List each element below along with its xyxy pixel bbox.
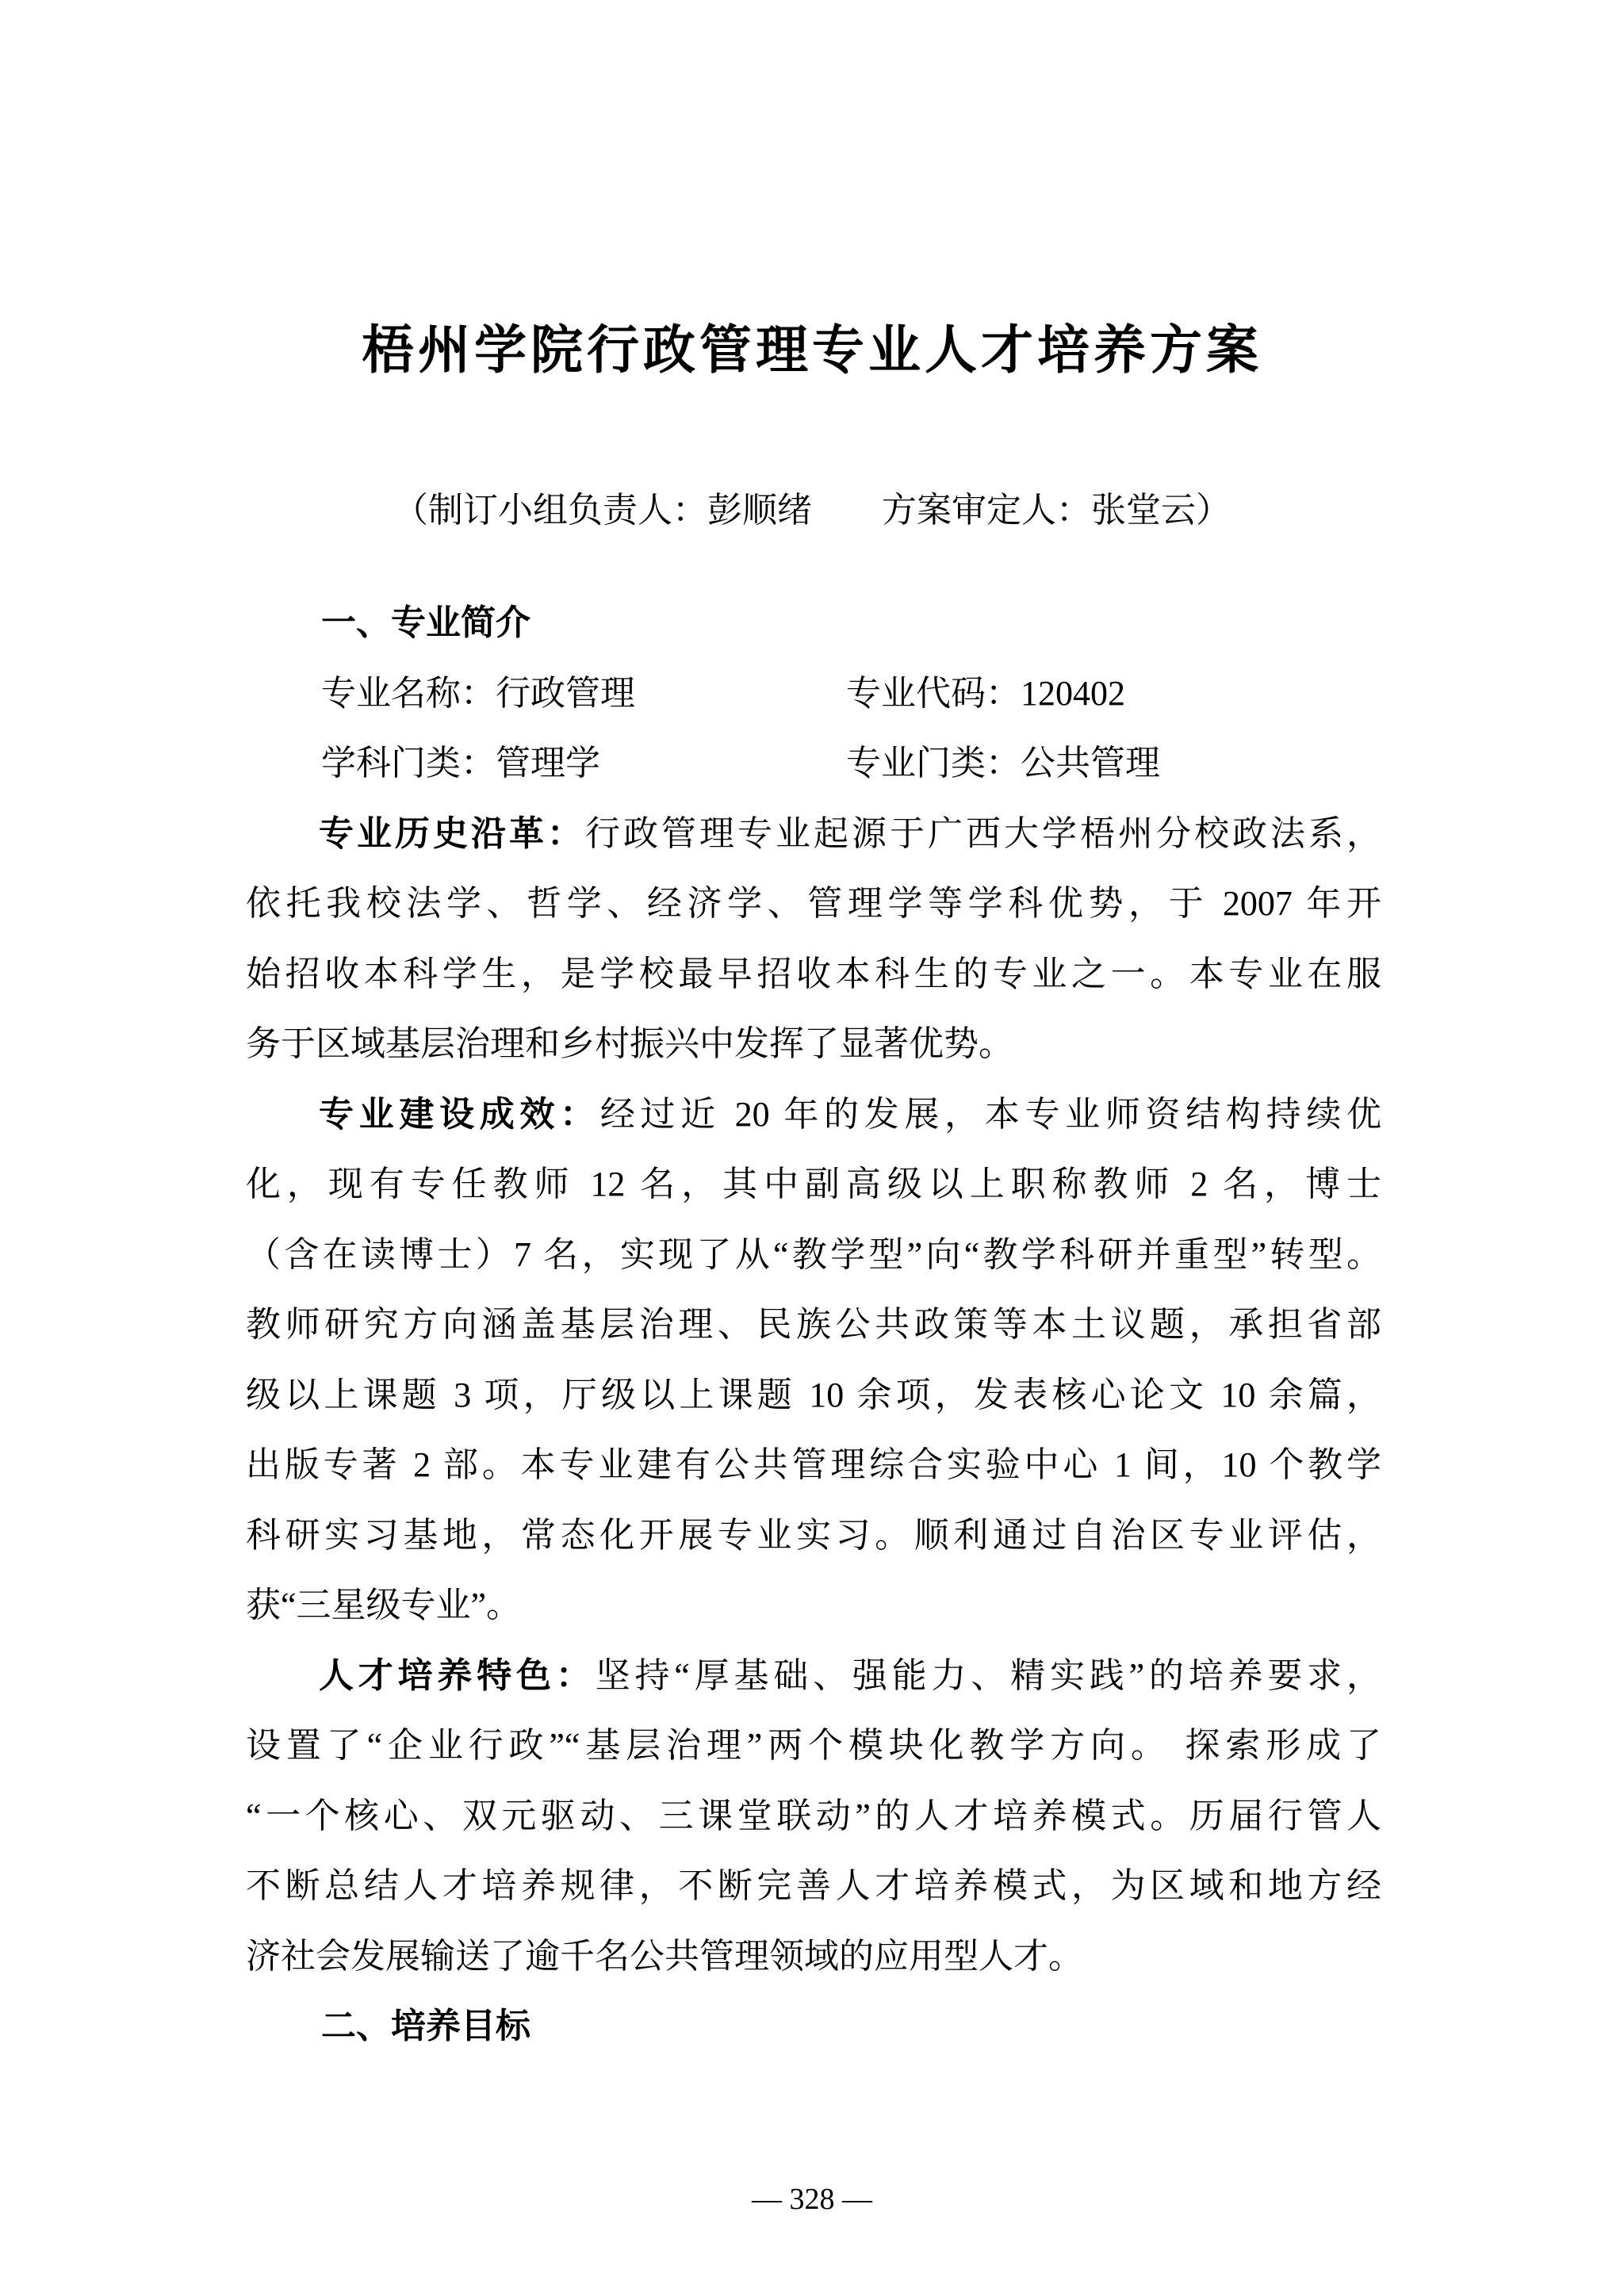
paragraph-label: 专业建设成效：: [319, 1094, 600, 1135]
paragraph-label: 专业历史沿革：: [319, 813, 585, 854]
paragraph-line: 科研实习基地，常态化开展专业实习。顺利通过自治区专业评估，: [246, 1501, 1381, 1571]
paragraph-label: 人才培养特色：: [319, 1655, 596, 1696]
paragraph-line: 专业建设成效：经过近 20 年的发展，本专业师资结构持续优: [246, 1080, 1381, 1150]
section-heading-2: 二、培养目标: [246, 1992, 1381, 2062]
paragraph-text: 获“三星级专业”。: [246, 1586, 521, 1624]
section-heading-1: 一、专业简介: [246, 588, 1381, 659]
byline: （制订小组负责人：彭顺绪 方案审定人：张堂云）: [0, 492, 1624, 530]
paragraph-text: 级以上课题 3 项，厅级以上课题 10 余项，发表核心论文 10 余篇，: [246, 1376, 1381, 1414]
paragraph-line: 化，现有专任教师 12 名，其中副高级以上职称教师 2 名，博士: [246, 1150, 1381, 1220]
info-major-name: 专业名称：行政管理: [321, 659, 846, 729]
paragraph-line: 始招收本科学生，是学校最早招收本科生的专业之一。本专业在服: [246, 939, 1381, 1010]
paragraph-line: （含在读博士）7 名，实现了从“教学型”向“教学科研并重型”转型。: [246, 1220, 1381, 1291]
paragraph-text: 依托我校法学、哲学、经济学、管理学等学科优势，于 2007 年开: [246, 884, 1381, 923]
paragraph-text: 出版专著 2 部。本专业建有公共管理综合实验中心 1 间，10 个教学: [246, 1445, 1381, 1484]
info-row: 学科门类：管理学专业门类：公共管理: [246, 729, 1381, 799]
paragraph-line: 依托我校法学、哲学、经济学、管理学等学科优势，于 2007 年开: [246, 869, 1381, 939]
paragraph-text: 坚持“厚基础、强能力、精实践”的培养要求，: [596, 1656, 1381, 1695]
paragraph-text: 经过近 20 年的发展，本专业师资结构持续优: [600, 1095, 1381, 1134]
info-discipline-category: 学科门类：管理学: [321, 729, 846, 799]
page-number: — 328 —: [0, 2182, 1624, 2218]
paragraph-line: 出版专著 2 部。本专业建有公共管理综合实验中心 1 间，10 个教学: [246, 1430, 1381, 1501]
info-major-category: 专业门类：公共管理: [846, 744, 1160, 783]
paragraph-line: 设置了“企业行政”“基层治理”两个模块化教学方向。 探索形成了: [246, 1711, 1381, 1781]
document-page: 梧州学院行政管理专业人才培养方案 （制订小组负责人：彭顺绪 方案审定人：张堂云）…: [0, 0, 1624, 2296]
paragraph-line: 教师研究方向涵盖基层治理、民族公共政策等本土议题，承担省部: [246, 1290, 1381, 1360]
paragraph-text: 科研实习基地，常态化开展专业实习。顺利通过自治区专业评估，: [246, 1516, 1381, 1555]
page-title: 梧州学院行政管理专业人才培养方案: [0, 322, 1624, 380]
info-major-code: 专业代码：120402: [846, 674, 1125, 713]
paragraph-text: （含在读博士）7 名，实现了从“教学型”向“教学科研并重型”转型。: [246, 1235, 1381, 1274]
paragraph-text: 化，现有专任教师 12 名，其中副高级以上职称教师 2 名，博士: [246, 1165, 1381, 1203]
paragraph-text: 济社会发展输送了逾千名公共管理领域的应用型人才。: [246, 1937, 1083, 1976]
paragraph-text: 设置了“企业行政”“基层治理”两个模块化教学方向。 探索形成了: [246, 1726, 1381, 1765]
paragraph-line: 专业历史沿革：行政管理专业起源于广西大学梧州分校政法系，: [246, 799, 1381, 870]
paragraph-text: 始招收本科学生，是学校最早招收本科生的专业之一。本专业在服: [246, 955, 1381, 993]
paragraph-line: 获“三星级专业”。: [246, 1571, 1381, 1641]
paragraph-text: “一个核心、双元驱动、三课堂联动”的人才培养模式。历届行管人: [246, 1797, 1381, 1835]
document-body: 一、专业简介 专业名称：行政管理专业代码：120402 学科门类：管理学专业门类…: [246, 588, 1381, 2062]
paragraph-line: 济社会发展输送了逾千名公共管理领域的应用型人才。: [246, 1922, 1381, 1992]
paragraph-line: 人才培养特色：坚持“厚基础、强能力、精实践”的培养要求，: [246, 1641, 1381, 1712]
paragraph-text: 教师研究方向涵盖基层治理、民族公共政策等本土议题，承担省部: [246, 1305, 1381, 1344]
paragraph-text: 行政管理专业起源于广西大学梧州分校政法系，: [585, 814, 1381, 853]
paragraph-line: 级以上课题 3 项，厅级以上课题 10 余项，发表核心论文 10 余篇，: [246, 1360, 1381, 1431]
paragraph-line: 务于区域基层治理和乡村振兴中发挥了显著优势。: [246, 1009, 1381, 1080]
info-row: 专业名称：行政管理专业代码：120402: [246, 659, 1381, 729]
paragraph-line: 不断总结人才培养规律，不断完善人才培养模式，为区域和地方经: [246, 1851, 1381, 1922]
paragraph-text: 不断总结人才培养规律，不断完善人才培养模式，为区域和地方经: [246, 1866, 1381, 1905]
paragraph-text: 务于区域基层治理和乡村振兴中发挥了显著优势。: [246, 1024, 1013, 1063]
paragraph-line: “一个核心、双元驱动、三课堂联动”的人才培养模式。历届行管人: [246, 1781, 1381, 1852]
